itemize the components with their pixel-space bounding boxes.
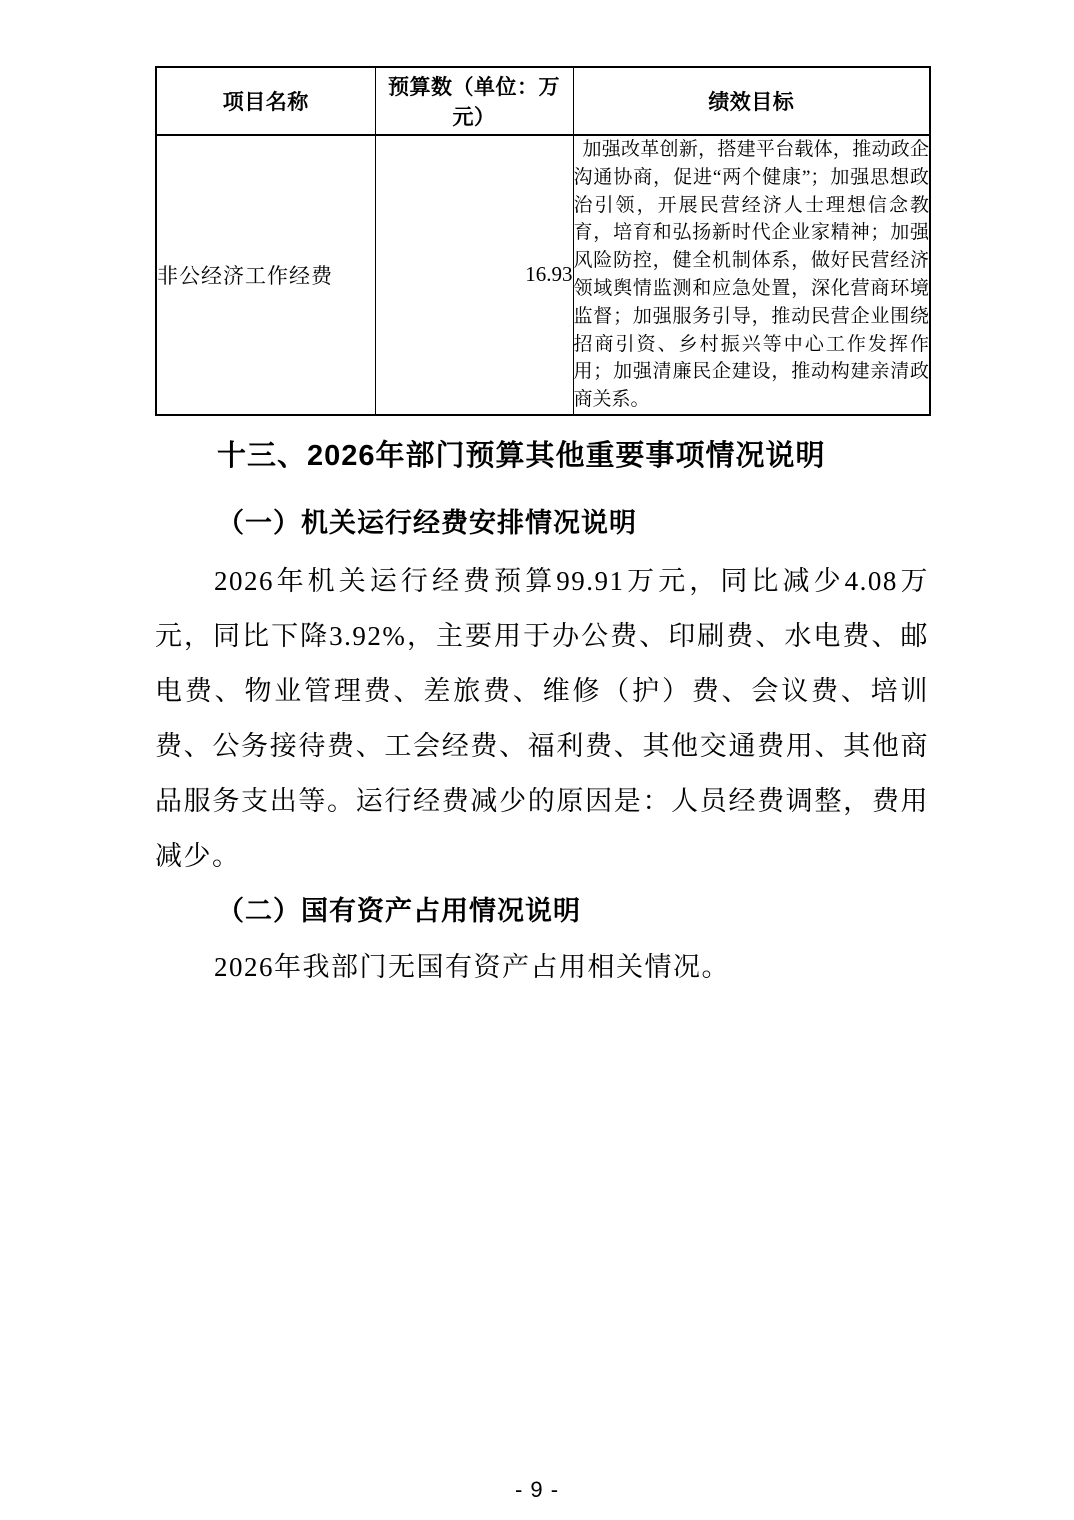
table-header-row: 项目名称 预算数（单位：万元） 绩效目标 <box>156 67 930 135</box>
page-number: - 9 - <box>0 1477 1074 1503</box>
document-body: 项目名称 预算数（单位：万元） 绩效目标 非公经济工作经费 16.93 加强改革… <box>155 66 929 995</box>
subsection-heading-1: （一）机关运行经费安排情况说明 <box>217 506 929 540</box>
header-cell-performance-target: 绩效目标 <box>573 67 930 135</box>
performance-target-cell: 加强改革创新，搭建平台载体，推动政企沟通协商，促进“两个健康”；加强思想政治引领… <box>573 135 930 415</box>
document-page: 项目名称 预算数（单位：万元） 绩效目标 非公经济工作经费 16.93 加强改革… <box>0 0 1074 1520</box>
paragraph-state-assets: 2026年我部门无国有资产占用相关情况。 <box>155 940 929 995</box>
header-cell-project-name: 项目名称 <box>156 67 375 135</box>
performance-target-text: 加强改革创新，搭建平台载体，推动政企沟通协商，促进“两个健康”；加强思想政治引领… <box>574 136 930 414</box>
table-row: 非公经济工作经费 16.93 加强改革创新，搭建平台载体，推动政企沟通协商，促进… <box>156 135 930 415</box>
section-heading-13: 十三、2026年部门预算其他重要事项情况说明 <box>217 438 929 474</box>
budget-performance-table: 项目名称 预算数（单位：万元） 绩效目标 非公经济工作经费 16.93 加强改革… <box>155 66 931 416</box>
header-cell-budget-amount: 预算数（单位：万元） <box>375 67 573 135</box>
project-name-cell: 非公经济工作经费 <box>156 135 375 415</box>
budget-value-cell: 16.93 <box>375 135 573 415</box>
paragraph-operating-funds: 2026年机关运行经费预算99.91万元，同比减少4.08万元，同比下降3.92… <box>155 554 929 884</box>
subsection-heading-2: （二）国有资产占用情况说明 <box>217 894 929 928</box>
